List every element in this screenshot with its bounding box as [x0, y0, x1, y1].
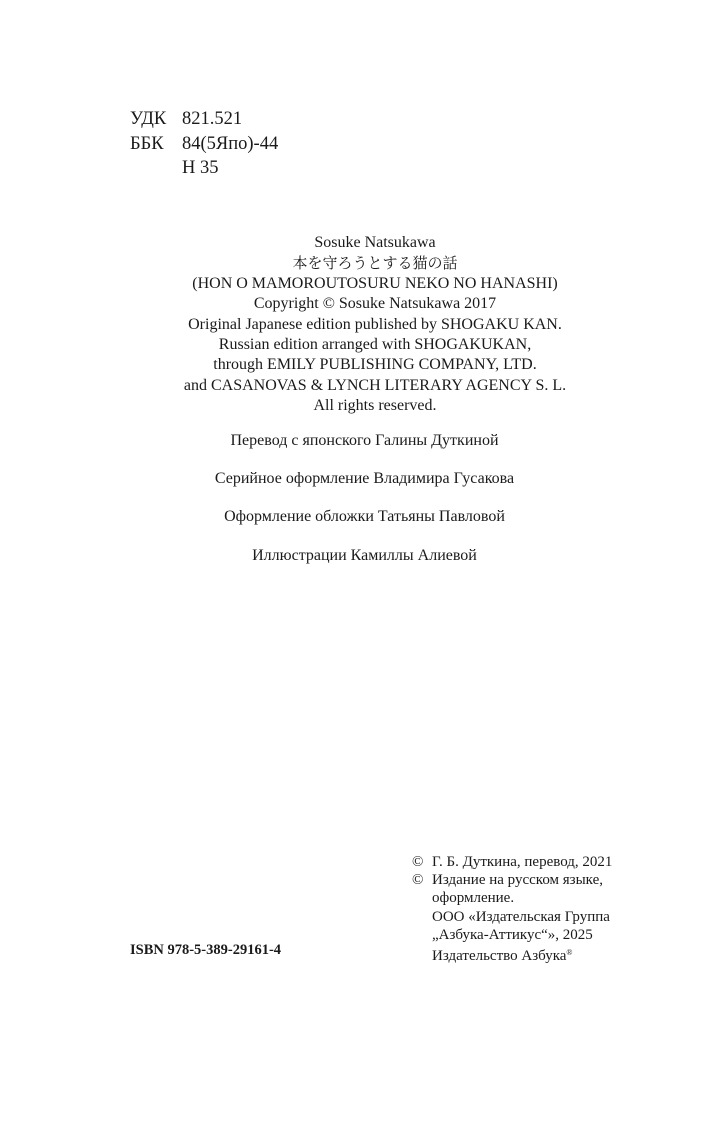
rights-block: Sosuke Natsukawa 本を守ろうとする猫の話 (HON O MAMO…	[0, 233, 709, 417]
credit-cover-design: Оформление обложки Татьяны Павловой	[0, 507, 709, 545]
edition-copyright-line1: Издание на русском языке,	[432, 871, 603, 889]
author-name: Sosuke Natsukawa	[0, 233, 709, 253]
publisher-name: Издательство Азбука	[432, 948, 566, 964]
russian-edition-line: Russian edition arranged with SHOGAKUKAN…	[0, 335, 709, 355]
translation-copyright-text: Г. Б. Дуткина, перевод, 2021	[432, 853, 612, 871]
library-classification: УДК821.521 ББК84(5Япо)-44 Н 35	[130, 107, 278, 181]
credits-block: Перевод с японского Галины Дуткиной Сери…	[0, 431, 709, 584]
edition-copyright-line2: оформление.	[412, 889, 612, 907]
credit-translator: Перевод с японского Галины Дуткиной	[0, 431, 709, 469]
credit-series-design: Серийное оформление Владимира Гусакова	[0, 469, 709, 507]
rights-reserved: All rights reserved.	[0, 396, 709, 416]
author-mark: Н 35	[130, 156, 278, 181]
copyright-symbol-icon: ©	[412, 853, 432, 871]
registered-trademark-icon: ®	[566, 948, 572, 957]
bbk-label: ББК	[130, 132, 182, 157]
isbn: ISBN 978-5-389-29161-4	[130, 942, 281, 959]
copyright-notices: © Г. Б. Дуткина, перевод, 2021 © Издание…	[412, 853, 612, 965]
bbk-row: ББК84(5Япо)-44	[130, 132, 278, 157]
udk-row: УДК821.521	[130, 107, 278, 132]
translation-copyright: © Г. Б. Дуткина, перевод, 2021	[412, 853, 612, 871]
udk-value: 821.521	[182, 109, 242, 129]
copyright-line: Copyright © Sosuke Natsukawa 2017	[0, 294, 709, 314]
udk-label: УДК	[130, 107, 182, 132]
agency-line: and CASANOVAS & LYNCH LITERARY AGENCY S.…	[0, 376, 709, 396]
through-line: through EMILY PUBLISHING COMPANY, LTD.	[0, 355, 709, 375]
romanized-title: (HON O MAMOROUTOSURU NEKO NO HANASHI)	[0, 274, 709, 294]
edition-copyright-line3: ООО «Издательская Группа	[412, 908, 612, 926]
credit-illustrations: Иллюстрации Камиллы Алиевой	[0, 546, 709, 584]
edition-copyright: © Издание на русском языке,	[412, 871, 612, 889]
bbk-value: 84(5Япо)-44	[182, 134, 278, 154]
publisher-line: Издательство Азбука®	[412, 944, 612, 965]
copyright-symbol-icon: ©	[412, 871, 432, 889]
edition-copyright-line4: „Азбука-Аттикус“», 2025	[412, 926, 612, 944]
original-title: 本を守ろうとする猫の話	[0, 253, 709, 273]
original-edition-line: Original Japanese edition published by S…	[0, 315, 709, 335]
